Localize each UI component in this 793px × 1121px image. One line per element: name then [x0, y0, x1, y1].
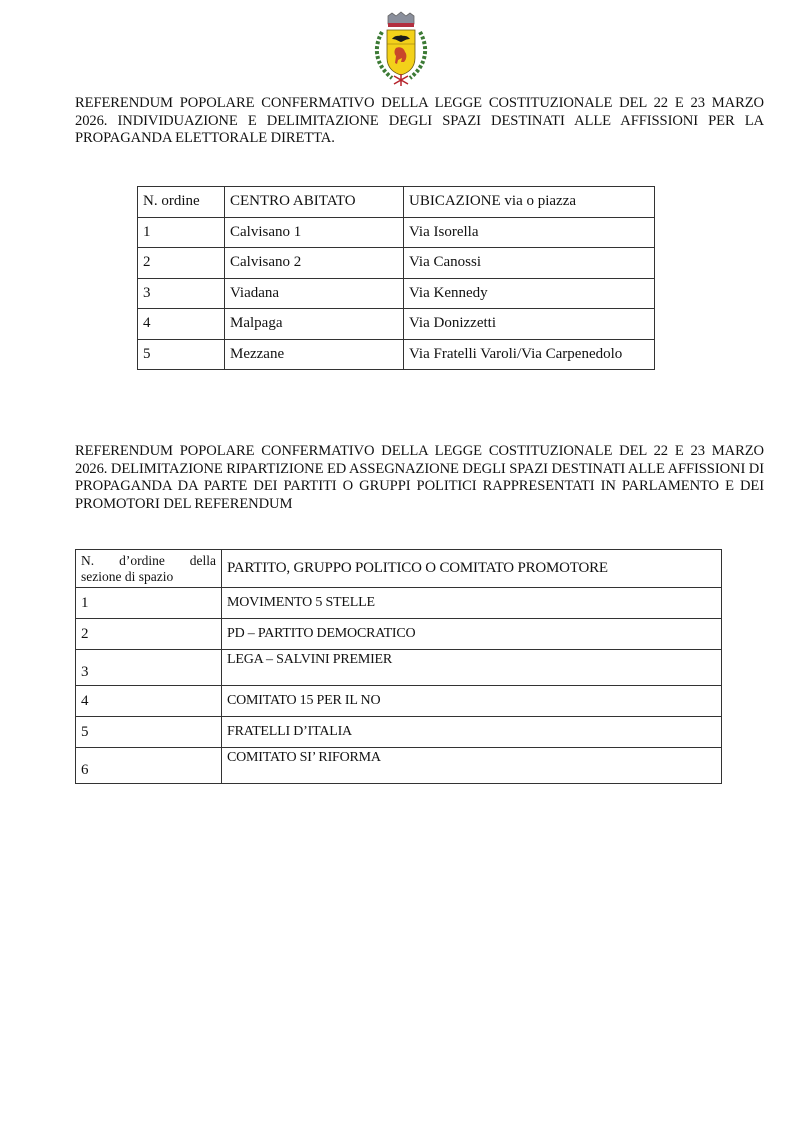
table-row: 1 MOVIMENTO 5 STELLE	[76, 588, 722, 619]
party-assignment-table: N. d’ordine della sezione di spazio PART…	[75, 549, 722, 784]
table-row: 4 COMITATO 15 PER IL NO	[76, 686, 722, 717]
section-number-cell: 1	[76, 588, 222, 619]
header-party: PARTITO, GRUPPO POLITICO O COMITATO PROM…	[222, 550, 722, 588]
town-center-cell: Malpaga	[225, 309, 404, 340]
header-order-number: N. ordine	[138, 187, 225, 218]
header-section-number: N. d’ordine della sezione di spazio	[76, 550, 222, 588]
table-row: 5 Mezzane Via Fratelli Varoli/Via Carpen…	[138, 339, 655, 370]
table-row: 4 Malpaga Via Donizzetti	[138, 309, 655, 340]
location-cell: Via Kennedy	[404, 278, 655, 309]
party-cell: MOVIMENTO 5 STELLE	[222, 588, 722, 619]
order-number-cell: 4	[138, 309, 225, 340]
table-header-row: N. ordine CENTRO ABITATO UBICAZIONE via …	[138, 187, 655, 218]
town-center-cell: Viadana	[225, 278, 404, 309]
header-location: UBICAZIONE via o piazza	[404, 187, 655, 218]
section-number-cell: 6	[76, 748, 222, 784]
party-cell: PD – PARTITO DEMOCRATICO	[222, 619, 722, 650]
party-cell: COMITATO SI’ RIFORMA	[222, 748, 722, 784]
table-row: 3 Viadana Via Kennedy	[138, 278, 655, 309]
order-number-cell: 2	[138, 248, 225, 279]
header-town-center: CENTRO ABITATO	[225, 187, 404, 218]
section-number-cell: 3	[76, 650, 222, 686]
table-row: 3 LEGA – SALVINI PREMIER	[76, 650, 722, 686]
location-cell: Via Fratelli Varoli/Via Carpenedolo	[404, 339, 655, 370]
table-row: 5 FRATELLI D’ITALIA	[76, 717, 722, 748]
location-cell: Via Donizzetti	[404, 309, 655, 340]
order-number-cell: 3	[138, 278, 225, 309]
party-cell: COMITATO 15 PER IL NO	[222, 686, 722, 717]
party-cell: FRATELLI D’ITALIA	[222, 717, 722, 748]
location-cell: Via Isorella	[404, 217, 655, 248]
table-row: 1 Calvisano 1 Via Isorella	[138, 217, 655, 248]
table-header-row: N. d’ordine della sezione di spazio PART…	[76, 550, 722, 588]
town-center-cell: Calvisano 1	[225, 217, 404, 248]
advertising-spaces-table: N. ordine CENTRO ABITATO UBICAZIONE via …	[137, 186, 655, 370]
section-number-cell: 5	[76, 717, 222, 748]
section2-heading: REFERENDUM POPOLARE CONFERMATIVO DELLA L…	[75, 443, 764, 513]
order-number-cell: 1	[138, 217, 225, 248]
coat-of-arms-icon	[370, 10, 432, 90]
section-number-cell: 2	[76, 619, 222, 650]
table-row: 6 COMITATO SI’ RIFORMA	[76, 748, 722, 784]
section1-heading: REFERENDUM POPOLARE CONFERMATIVO DELLA L…	[75, 95, 764, 148]
table-row: 2 PD – PARTITO DEMOCRATICO	[76, 619, 722, 650]
location-cell: Via Canossi	[404, 248, 655, 279]
order-number-cell: 5	[138, 339, 225, 370]
section-number-cell: 4	[76, 686, 222, 717]
town-center-cell: Mezzane	[225, 339, 404, 370]
town-center-cell: Calvisano 2	[225, 248, 404, 279]
table-row: 2 Calvisano 2 Via Canossi	[138, 248, 655, 279]
party-cell: LEGA – SALVINI PREMIER	[222, 650, 722, 686]
